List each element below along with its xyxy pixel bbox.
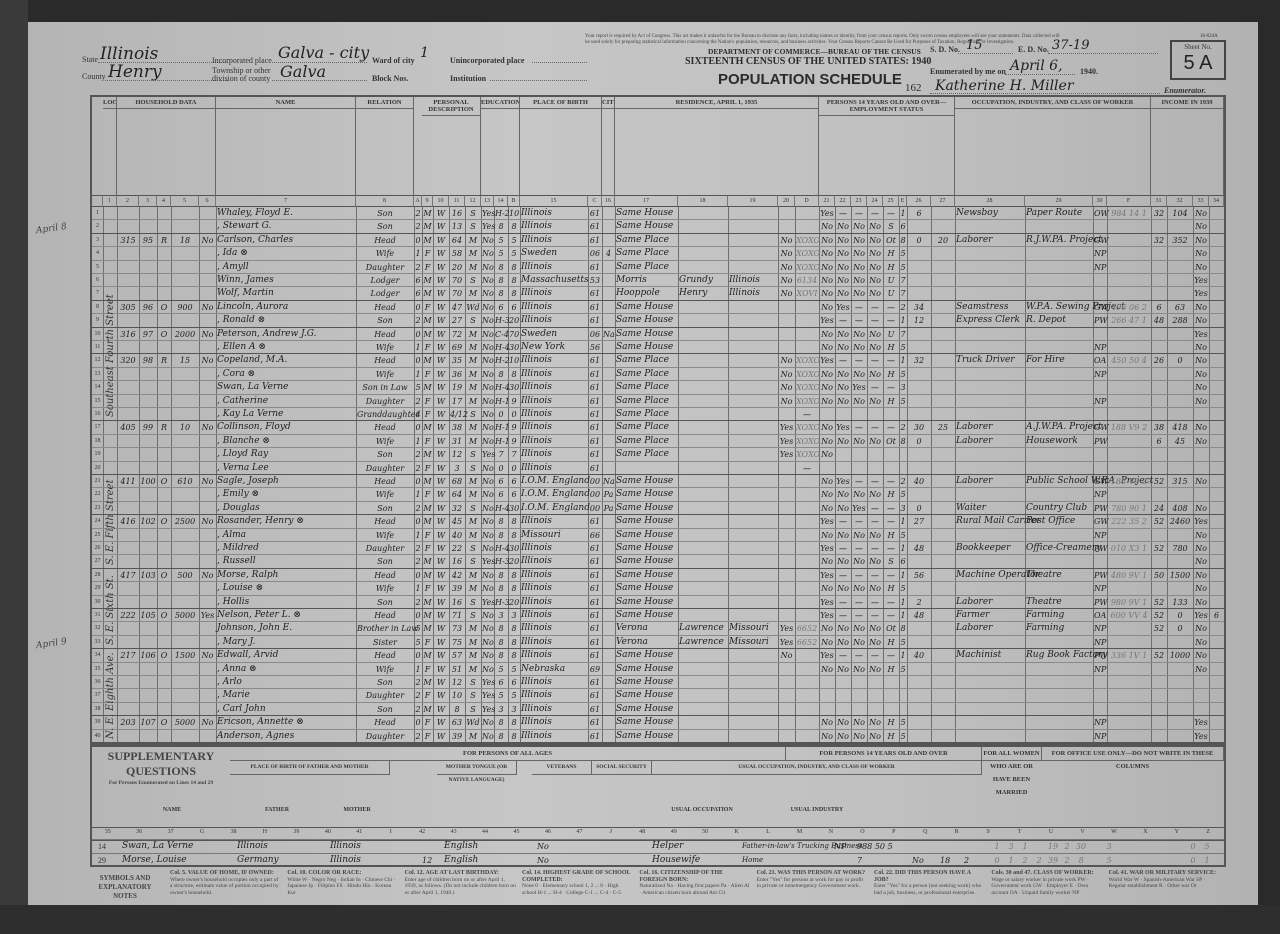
column-number: 28 [955, 195, 1025, 207]
cell-tenure: O [158, 475, 170, 487]
block-label: Block Nos. [372, 74, 408, 83]
cell-school: No [482, 381, 493, 393]
cell-cit: Pa [603, 488, 614, 500]
cell-birthplace: Illinois [521, 314, 587, 326]
cell-income [1168, 582, 1192, 594]
cell-grade: 8 [495, 636, 507, 648]
cell-cit [603, 569, 614, 581]
cell-value: 900 [172, 301, 198, 313]
cell-farm-sched [1210, 689, 1223, 701]
cell-relation: Son [357, 555, 413, 567]
cell-farm-sched [1210, 421, 1223, 433]
cell-weeks [1152, 636, 1166, 648]
cell-farm35: No [779, 368, 794, 380]
table-row: 19, Lloyd RaySon2MW12SYes77Illinois61Sam… [92, 448, 1224, 461]
cell-d: XOXO [796, 368, 818, 380]
cell-income [1168, 261, 1192, 273]
cell-name: , Kay La Verne [217, 408, 355, 420]
cell-marital: S [466, 220, 480, 232]
cell-farm-sched [1210, 622, 1223, 634]
cell-cit [603, 341, 614, 353]
cell-farm-sched [1210, 703, 1223, 715]
cell-marital: M [466, 328, 480, 340]
supp-column-label: MOTHER [322, 807, 392, 813]
cell-d [796, 716, 818, 728]
cell-c25: H [884, 716, 898, 728]
cell-res: Same House [616, 703, 677, 715]
cell-marital: M [466, 529, 480, 541]
cell-c23: No [852, 663, 866, 675]
cell-c27 [932, 636, 954, 648]
cell-other [1194, 462, 1208, 474]
cell-c23 [852, 462, 866, 474]
cell-res: Same House [616, 676, 677, 688]
cell-industry: R.J.W.PA. Project [1026, 234, 1092, 246]
cell-res: Same House [616, 555, 677, 567]
cell-grade: H-4 [495, 542, 507, 554]
column-group-header: INCOME IN 1939 [1151, 97, 1224, 195]
cell-grade: 8 [495, 220, 507, 232]
cell-income [1168, 529, 1192, 541]
cell-c25: — [884, 475, 898, 487]
table-row: 35, Anna ⊗Wife1FW51MNo55Nebraska69Same H… [92, 663, 1224, 676]
cell-c23: — [852, 542, 866, 554]
cell-c: 61 [589, 676, 601, 688]
cell-c26 [908, 663, 930, 675]
cell-visit [140, 368, 156, 380]
supp-section-header: FOR ALL WOMEN WHO ARE OR HAVE BEEN MARRI… [982, 747, 1042, 761]
cell-cls: OW [1094, 207, 1106, 219]
cell-grade: 8 [495, 622, 507, 634]
cell-house [118, 381, 138, 393]
cell-farm35 [779, 515, 794, 527]
cell-res: Same House [616, 649, 677, 661]
cell-res: Same House [616, 542, 677, 554]
cell-cls: NP [1094, 716, 1106, 728]
cell-weeks [1152, 395, 1166, 407]
cell-house: 320 [118, 354, 138, 366]
cell-industry: Theatre [1026, 596, 1092, 608]
cell-birthplace: Illinois [521, 703, 587, 715]
cell-cit [603, 301, 614, 313]
stamp-number: 162 [905, 82, 922, 94]
supp-section-header: FOR PERSONS OF ALL AGES [230, 747, 786, 761]
cell-industry: W.P.A. Sewing Project [1026, 301, 1092, 313]
cell-rstate [729, 649, 777, 661]
cell-c25: S [884, 555, 898, 567]
cell-tenure [158, 730, 170, 742]
cell-c22: No [836, 368, 850, 380]
cell-other [1194, 408, 1208, 420]
cell-c22: No [836, 261, 850, 273]
cell-birthplace: Illinois [521, 207, 587, 219]
cell-visit: 106 [140, 649, 156, 661]
supp-cell-usual-ind: Home [742, 854, 832, 867]
cell-c21: No [820, 301, 834, 313]
cell-c26 [908, 689, 930, 701]
supp-column-number: 43 [438, 829, 469, 835]
column-group-header: EDUCATION [481, 97, 520, 195]
cell-income [1168, 328, 1192, 340]
cell-visit [140, 381, 156, 393]
cell-house: 203 [118, 716, 138, 728]
supp-cell-name: Swan, La Verne [122, 840, 232, 853]
note-heading: Col. 21. WAS THIS PERSON AT WORK? [757, 870, 865, 876]
cell-c27 [932, 381, 954, 393]
cell-other: No [1194, 341, 1208, 353]
cell-c24: — [868, 314, 882, 326]
cell-value: 10 [172, 421, 198, 433]
cell-f [1108, 529, 1150, 541]
cell-relation: Head [357, 234, 413, 246]
cell-other: Yes [1194, 716, 1208, 728]
cell-tenure: O [158, 609, 170, 621]
cell-a: 4 [415, 408, 421, 420]
cell-age: 36 [450, 368, 464, 380]
cell-d [796, 542, 818, 554]
cell-c: 06 [589, 247, 601, 259]
cell-f [1108, 689, 1150, 701]
cell-c23: No [852, 274, 866, 286]
cell-tenure: O [158, 515, 170, 527]
office-use-cell: 8 [1074, 854, 1088, 867]
cell-c23 [852, 408, 866, 420]
cell-age: 38 [450, 421, 464, 433]
cell-age: 12 [450, 448, 464, 460]
supp-cell-children [964, 840, 984, 853]
cell-c: 61 [589, 301, 601, 313]
cell-marital: S [466, 448, 480, 460]
cell-farm [200, 462, 215, 474]
cell-b: 10 [509, 354, 519, 366]
cell-race: W [434, 569, 448, 581]
cell-sex: M [423, 596, 432, 608]
office-use-cell: 19 [1046, 840, 1060, 853]
incorporated-place-value: Galva - city [278, 43, 369, 62]
cell-c24: — [868, 542, 882, 554]
cell-cls: OA [1094, 354, 1106, 366]
cell-other: No [1194, 261, 1208, 273]
cell-c27 [932, 582, 954, 594]
cell-f [1108, 341, 1150, 353]
cell-birthplace: I.O.M. England [521, 502, 587, 514]
cell-other: No [1194, 529, 1208, 541]
cell-cit [603, 542, 614, 554]
department-title: DEPARTMENT OF COMMERCE—BUREAU OF THE CEN… [708, 47, 921, 56]
cell-c27 [932, 649, 954, 661]
township-value: Galva [280, 62, 326, 81]
cell-relation: Son [357, 502, 413, 514]
cell-other: No [1194, 247, 1208, 259]
cell-b: 3 [509, 609, 519, 621]
cell-res: Same Place [616, 261, 677, 273]
cell-farm-sched [1210, 502, 1223, 514]
cell-marital: S [466, 408, 480, 420]
column-number: 10 [433, 195, 449, 207]
cell-c27: 20 [932, 234, 954, 246]
cell-county [679, 663, 727, 675]
cell-occupation [956, 488, 1024, 500]
cell-sex: M [423, 676, 432, 688]
cell-relation: Son [357, 596, 413, 608]
cell-f: 188 V9 2 [1108, 421, 1150, 433]
cell-birthplace: Illinois [521, 234, 587, 246]
cell-c22: No [836, 234, 850, 246]
cell-a: 2 [415, 555, 421, 567]
cell-relation: Son [357, 676, 413, 688]
cell-d [796, 314, 818, 326]
table-row: 39203107O5000NoEricson, Annette ⊗Head0FW… [92, 716, 1224, 729]
supp-cell-vet: No [537, 854, 557, 867]
cell-house [118, 207, 138, 219]
table-row: 1740599R10NoCollinson, FloydHead0MW38MNo… [92, 421, 1224, 434]
cell-c25: — [884, 515, 898, 527]
cell-farm-sched [1210, 676, 1223, 688]
cell-grade: 8 [495, 730, 507, 742]
cell-c27 [932, 569, 954, 581]
cell-e: 1 [900, 314, 906, 326]
cell-farm-sched [1210, 596, 1223, 608]
cell-county [679, 341, 727, 353]
cell-cit [603, 421, 614, 433]
line-number: 6 [93, 274, 102, 286]
office-use-cell: 0 [1186, 840, 1200, 853]
cell-sex: F [423, 408, 432, 420]
supp-column-number: 41 [344, 829, 375, 835]
cell-farm-sched [1210, 462, 1223, 474]
cell-c27 [932, 435, 954, 447]
cell-b: 8 [509, 220, 519, 232]
cell-f: 450 50 4 [1108, 354, 1150, 366]
cell-house [118, 408, 138, 420]
column-group-header: PLACE OF BIRTH [520, 97, 602, 195]
cell-sex: M [423, 421, 432, 433]
cell-c24: — [868, 569, 882, 581]
cell-c27 [932, 287, 954, 299]
line-number: 14 [93, 381, 102, 393]
supplementary-subtitle: For Persons Enumerated on Lines 14 and 2… [92, 780, 230, 786]
cell-tenure [158, 555, 170, 567]
cell-county [679, 328, 727, 340]
cell-weeks: 52 [1152, 609, 1166, 621]
cell-cls: GW [1094, 301, 1106, 313]
cell-c21: No [820, 582, 834, 594]
cell-f: 336 1V 1 [1108, 649, 1150, 661]
cell-school: No [482, 435, 493, 447]
cell-sex: F [423, 488, 432, 500]
cell-c24: — [868, 515, 882, 527]
cell-value [172, 274, 198, 286]
cell-weeks: 52 [1152, 596, 1166, 608]
cell-industry [1026, 247, 1092, 259]
cell-f [1108, 395, 1150, 407]
supp-cell-line: 29 [94, 854, 110, 867]
cell-sex: M [423, 234, 432, 246]
cell-other: Yes [1194, 328, 1208, 340]
cell-c22: — [836, 354, 850, 366]
column-number: 7 [216, 195, 356, 207]
cell-occupation: Rural Mail Carrier [956, 515, 1024, 527]
cell-race: W [434, 247, 448, 259]
cell-relation: Head [357, 475, 413, 487]
supp-column-number: Z [1193, 829, 1224, 835]
cell-d [796, 555, 818, 567]
cell-cit [603, 448, 614, 460]
cell-visit [140, 529, 156, 541]
cell-value: 1500 [172, 649, 198, 661]
cell-c26: 32 [908, 354, 930, 366]
cell-sex: M [423, 475, 432, 487]
cell-c22: No [836, 287, 850, 299]
cell-res: Same House [616, 515, 677, 527]
cell-weeks [1152, 341, 1166, 353]
cell-c27 [932, 261, 954, 273]
cell-age: 57 [450, 649, 464, 661]
cell-rstate [729, 301, 777, 313]
cell-a: 2 [415, 314, 421, 326]
cell-d [796, 515, 818, 527]
cell-c21: Yes [820, 649, 834, 661]
cell-visit [140, 462, 156, 474]
column-number: 15 [520, 195, 588, 207]
cell-age: 73 [450, 622, 464, 634]
cell-race: W [434, 314, 448, 326]
cell-c23: No [852, 488, 866, 500]
cell-cls: PW [1094, 435, 1106, 447]
line-number: 38 [93, 703, 102, 715]
cell-c22: No [836, 529, 850, 541]
cell-tenure: O [158, 649, 170, 661]
cell-occupation [956, 636, 1024, 648]
cell-visit: 96 [140, 301, 156, 313]
cell-farm [200, 488, 215, 500]
cell-occupation [956, 328, 1024, 340]
column-number: 24 [867, 195, 883, 207]
cell-occupation: Truck Driver [956, 354, 1024, 366]
cell-c21: Yes [820, 354, 834, 366]
cell-c27 [932, 555, 954, 567]
column-number: 17 [615, 195, 678, 207]
cell-race: W [434, 448, 448, 460]
cell-birthplace: Nebraska [521, 663, 587, 675]
column-number: 8 [356, 195, 414, 207]
cell-rstate [729, 341, 777, 353]
cell-c26 [908, 395, 930, 407]
cell-race: W [434, 435, 448, 447]
cell-c21: No [820, 247, 834, 259]
supp-section-header: FOR OFFICE USE ONLY—DO NOT WRITE IN THES… [1042, 747, 1224, 761]
cell-name: , Mildred [217, 542, 355, 554]
cell-tenure [158, 542, 170, 554]
cell-race: W [434, 582, 448, 594]
column-group-label: NAME [216, 97, 355, 109]
cell-house: 315 [118, 234, 138, 246]
note-text: None 0 · Elementary school 1, 2 ... 8 · … [522, 883, 633, 896]
sheet-number-value: 5 A [1172, 52, 1224, 75]
column-number: 12 [465, 195, 481, 207]
cell-race: W [434, 381, 448, 393]
cell-d [796, 663, 818, 675]
cell-b: 5 [509, 689, 519, 701]
cell-relation: Lodger [357, 287, 413, 299]
cell-rstate [729, 395, 777, 407]
cell-age: 39 [450, 582, 464, 594]
cell-f [1108, 636, 1150, 648]
cell-other: No [1194, 555, 1208, 567]
cell-relation: Wife [357, 663, 413, 675]
cell-farm: No [200, 475, 215, 487]
line-number: 22 [93, 488, 102, 500]
cell-value: 5000 [172, 716, 198, 728]
cell-farm-sched [1210, 368, 1223, 380]
cell-cls: GW [1094, 475, 1106, 487]
cell-tenure [158, 368, 170, 380]
column-group-header: NAME [216, 97, 356, 195]
cell-d [796, 341, 818, 353]
cell-weeks [1152, 368, 1166, 380]
cell-e: 7 [900, 328, 906, 340]
cell-cit [603, 649, 614, 661]
supp-cell-married-more [912, 840, 936, 853]
cell-f [1108, 234, 1150, 246]
note-text: World War W · Spanish-American War SP · … [1109, 877, 1220, 890]
cell-b: 8 [509, 716, 519, 728]
cell-farm-sched [1210, 529, 1223, 541]
cell-sex: M [423, 703, 432, 715]
cell-value [172, 622, 198, 634]
cell-house [118, 435, 138, 447]
cell-c22: No [836, 328, 850, 340]
cell-c24: — [868, 596, 882, 608]
cell-f [1108, 274, 1150, 286]
cell-c25: Ot [884, 435, 898, 447]
film-bottom-edge [0, 905, 1280, 934]
cell-county: Lawrence [679, 622, 727, 634]
cell-c21: No [820, 448, 834, 460]
cell-b: 6 [509, 676, 519, 688]
supp-column-number: H [249, 829, 280, 835]
cell-tenure [158, 247, 170, 259]
cell-house [118, 314, 138, 326]
cell-rstate [729, 663, 777, 675]
cell-income [1168, 408, 1192, 420]
cell-rstate [729, 596, 777, 608]
cell-name: , Arlo [217, 676, 355, 688]
cell-c21 [820, 703, 834, 715]
cell-weeks [1152, 488, 1166, 500]
cell-income: 2460 [1168, 515, 1192, 527]
cell-house [118, 502, 138, 514]
table-row: 1232098R15NoCopeland, M.A.Head0MW35MNoH-… [92, 354, 1224, 367]
line-number: 40 [93, 730, 102, 742]
cell-rstate [729, 515, 777, 527]
cell-a: 1 [415, 582, 421, 594]
cell-birthplace: Illinois [521, 609, 587, 621]
cell-c21: Yes [820, 207, 834, 219]
cell-house [118, 582, 138, 594]
cell-c24: — [868, 421, 882, 433]
cell-d [796, 730, 818, 742]
cell-rstate [729, 475, 777, 487]
supp-column-label: USUAL INDUSTRY [772, 807, 862, 813]
supp-column-number: X [1130, 829, 1161, 835]
cell-a: 0 [415, 301, 421, 313]
cell-a: 2 [415, 207, 421, 219]
note-heading: Col. 10. COLOR OR RACE: [287, 870, 361, 876]
cell-grade: 0 [495, 462, 507, 474]
cell-age: 40 [450, 529, 464, 541]
cell-cls: NP [1094, 582, 1106, 594]
